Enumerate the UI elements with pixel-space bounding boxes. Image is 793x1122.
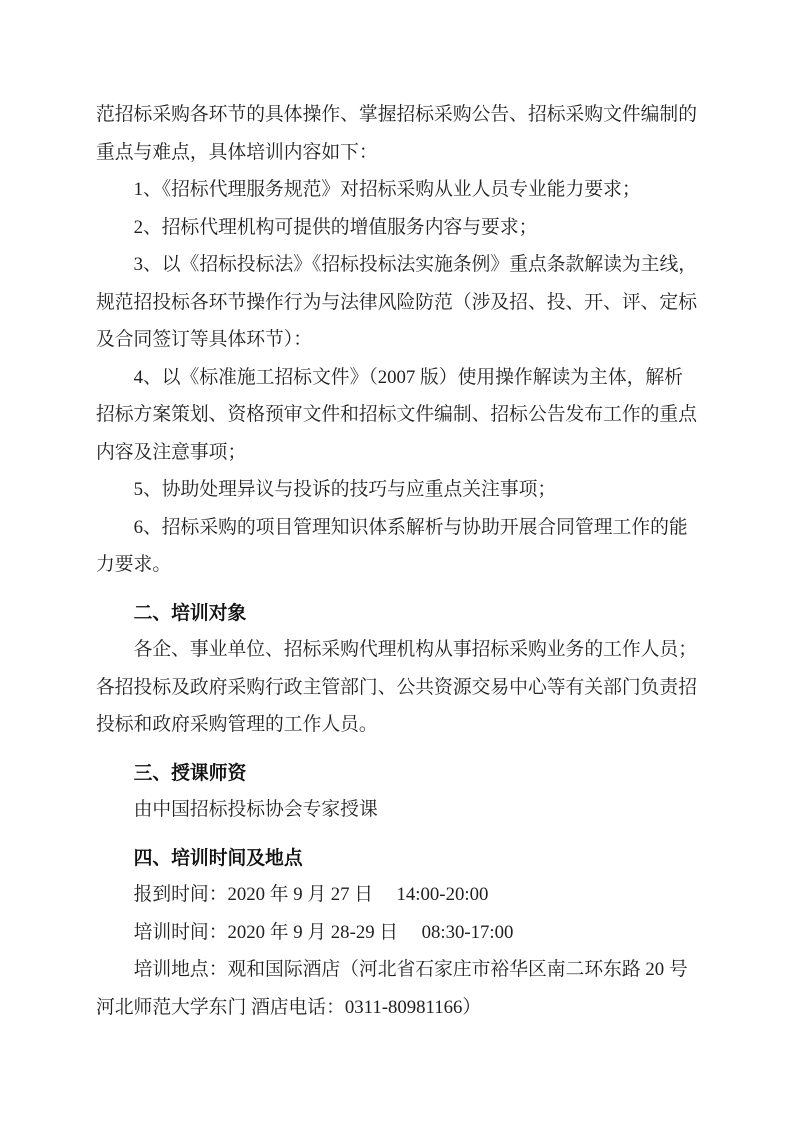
section-heading: 四、培训时间及地点 <box>96 839 700 877</box>
text-line: 各企、事业单位、招标采购代理机构从事招标采购业务的工作人员； <box>96 631 700 669</box>
text-line: 1、《招标代理服务规范》对招标采购从业人员专业能力要求； <box>96 171 700 209</box>
section-heading: 三、授课师资 <box>96 754 700 792</box>
text-line: 6、招标采购的项目管理知识体系解析与协助开展合同管理工作的能 <box>96 509 700 547</box>
text-line: 及合同签订等具体环节）： <box>96 321 700 359</box>
text-line: 河北师范大学东门 酒店电话：0311-80981166） <box>96 989 700 1027</box>
text-line: 4、以《标准施工招标文件》（2007 版）使用操作解读为主体，解析 <box>96 359 700 397</box>
text-line: 重点与难点，具体培训内容如下： <box>96 134 700 172</box>
text-line: 规范招投标各环节操作行为与法律风险防范（涉及招、投、开、评、定标 <box>96 284 700 322</box>
text-line: 培训地点：观和国际酒店（河北省石家庄市裕华区南二环东路 20 号 <box>96 951 700 989</box>
text-line: 投标和政府采购管理的工作人员。 <box>96 706 700 744</box>
text-line: 2、招标代理机构可提供的增值服务内容与要求； <box>96 209 700 247</box>
text-line: 报到时间：2020 年 9 月 27 日 14:00-20:00 <box>96 876 700 914</box>
text-line: 范招标采购各环节的具体操作、掌握招标采购公告、招标采购文件编制的 <box>96 96 700 134</box>
text-line: 5、协助处理异议与投诉的技巧与应重点关注事项； <box>96 471 700 509</box>
text-line: 培训时间：2020 年 9 月 28-29 日 08:30-17:00 <box>96 914 700 952</box>
section-heading: 二、培训对象 <box>96 594 700 632</box>
text-line: 3、以《招标投标法》《招标投标法实施条例》重点条款解读为主线， <box>96 246 700 284</box>
document-page: 范招标采购各环节的具体操作、掌握招标采购公告、招标采购文件编制的重点与难点，具体… <box>0 0 793 1122</box>
text-line: 内容及注意事项； <box>96 434 700 472</box>
text-line: 由中国招标投标协会专家授课 <box>96 791 700 829</box>
text-line: 力要求。 <box>96 546 700 584</box>
text-line: 招标方案策划、资格预审文件和招标文件编制、招标公告发布工作的重点 <box>96 396 700 434</box>
document-body: 范招标采购各环节的具体操作、掌握招标采购公告、招标采购文件编制的重点与难点，具体… <box>96 96 700 1026</box>
text-line: 各招投标及政府采购行政主管部门、公共资源交易中心等有关部门负责招 <box>96 669 700 707</box>
